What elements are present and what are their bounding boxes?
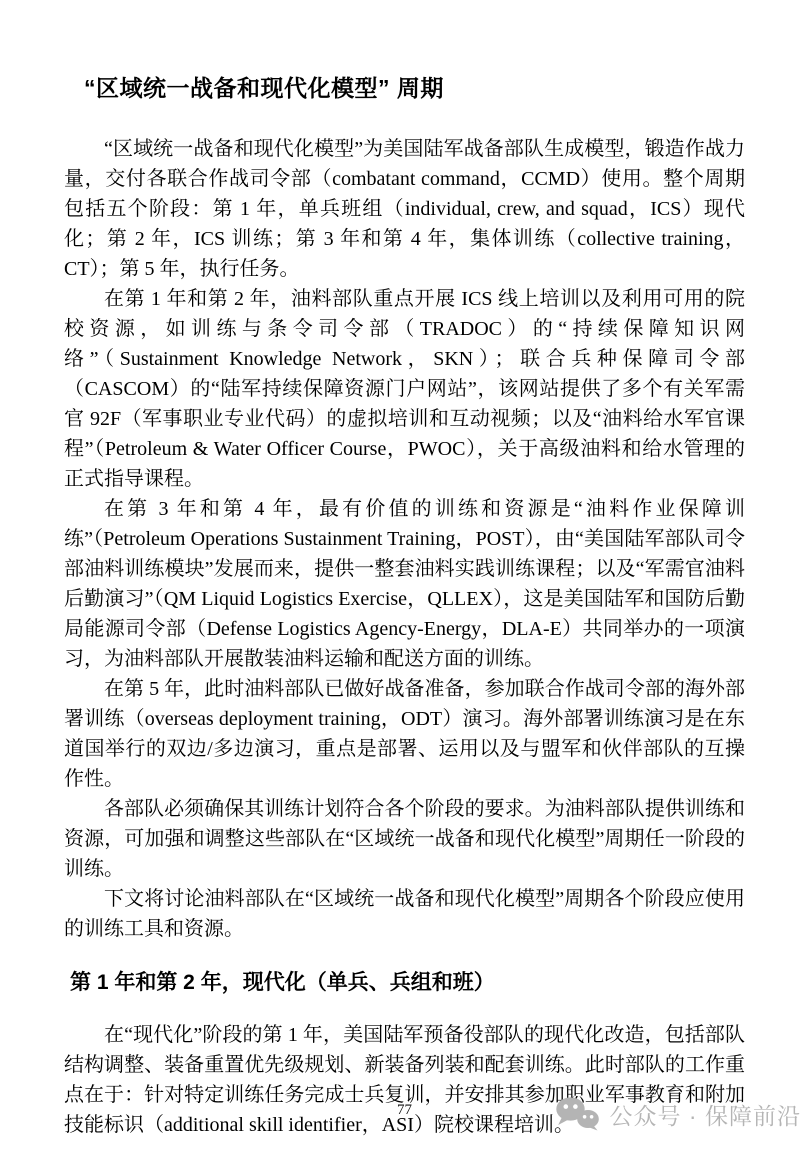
paragraph: 在第 5 年，此时油料部队已做好战备准备，参加联合作战司令部的海外部署训练（ov… bbox=[64, 674, 745, 794]
paragraph: 各部队必须确保其训练计划符合各个阶段的要求。为油料部队提供训练和资源，可加强和调… bbox=[64, 794, 745, 884]
paragraph: “区域统一战备和现代化模型”为美国陆军战备部队生成模型，锻造作战力量，交付各联合… bbox=[64, 134, 745, 284]
watermark: 公众号 · 保障前沿 bbox=[555, 1096, 801, 1132]
document-page: “区域统一战备和现代化模型” 周期 “区域统一战备和现代化模型”为美国陆军战备部… bbox=[0, 0, 809, 1151]
paragraph: 下文将讨论油料部队在“区域统一战备和现代化模型”周期各个阶段应使用的训练工具和资… bbox=[64, 884, 745, 944]
wechat-icon bbox=[555, 1096, 601, 1132]
document-title: “区域统一战备和现代化模型” 周期 bbox=[64, 0, 745, 103]
paragraph: 在第 1 年和第 2 年，油料部队重点开展 ICS 线上培训以及利用可用的院校资… bbox=[64, 284, 745, 494]
section-2-heading: 第 1 年和第 2 年，现代化（单兵、兵组和班） bbox=[70, 969, 745, 997]
section-1: “区域统一战备和现代化模型”为美国陆军战备部队生成模型，锻造作战力量，交付各联合… bbox=[64, 134, 745, 944]
paragraph: 在第 3 年和第 4 年，最有价值的训练和资源是“油料作业保障训练”（Petro… bbox=[64, 494, 745, 674]
watermark-label: 公众号 · 保障前沿 bbox=[610, 1098, 801, 1131]
